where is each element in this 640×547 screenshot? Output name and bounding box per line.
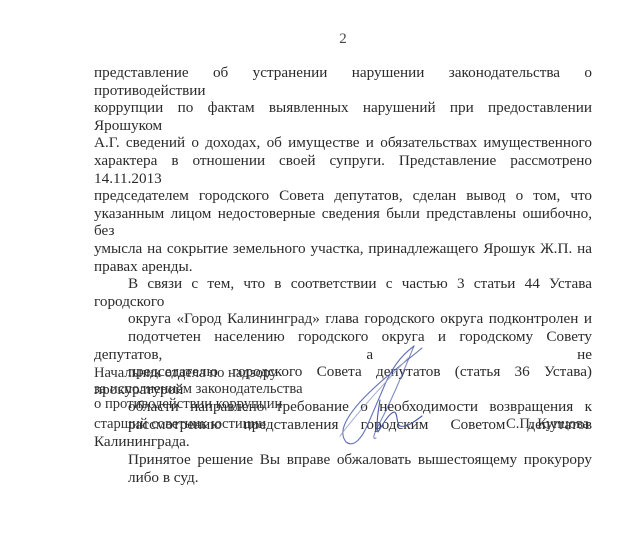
text-line: председателем городского Совета депутато… xyxy=(94,187,592,205)
paragraph-1: представление об устранении нарушении за… xyxy=(94,64,592,275)
signature-icon xyxy=(318,340,428,448)
position-line: о противодействии коррупции xyxy=(94,397,303,413)
text-line: представление об устранении нарушении за… xyxy=(94,64,592,99)
text-line: коррупции по фактам выявленных нарушений… xyxy=(94,99,592,134)
text-line: А.Г. сведений о доходах, об имуществе и … xyxy=(94,134,592,152)
text-line: В связи с тем, что в соответствии с част… xyxy=(94,275,592,310)
signer-name: С.П. Купцова xyxy=(506,416,589,433)
text-line: либо в суд. xyxy=(94,469,592,487)
text-line: указанным лицом недостоверные сведения б… xyxy=(94,205,592,240)
text-line: правах аренды. xyxy=(94,258,592,276)
position-line: Начальник отдела по надзору xyxy=(94,366,303,382)
text-line: характера в отношении своей супруги. Пре… xyxy=(94,152,592,187)
paragraph-3: Принятое решение Вы вправе обжаловать вы… xyxy=(94,451,592,486)
signatory-rank: старший советник юстиции xyxy=(94,416,266,433)
text-line: умысла на сокрытие земельного участка, п… xyxy=(94,240,592,258)
text-line: Принятое решение Вы вправе обжаловать вы… xyxy=(94,451,592,469)
page-number: 2 xyxy=(0,31,640,48)
text-line: округа «Город Калининград» глава городск… xyxy=(94,310,592,328)
position-line: за исполнением законодательства xyxy=(94,382,303,398)
signatory-position: Начальник отдела по надзору за исполнени… xyxy=(94,366,303,413)
